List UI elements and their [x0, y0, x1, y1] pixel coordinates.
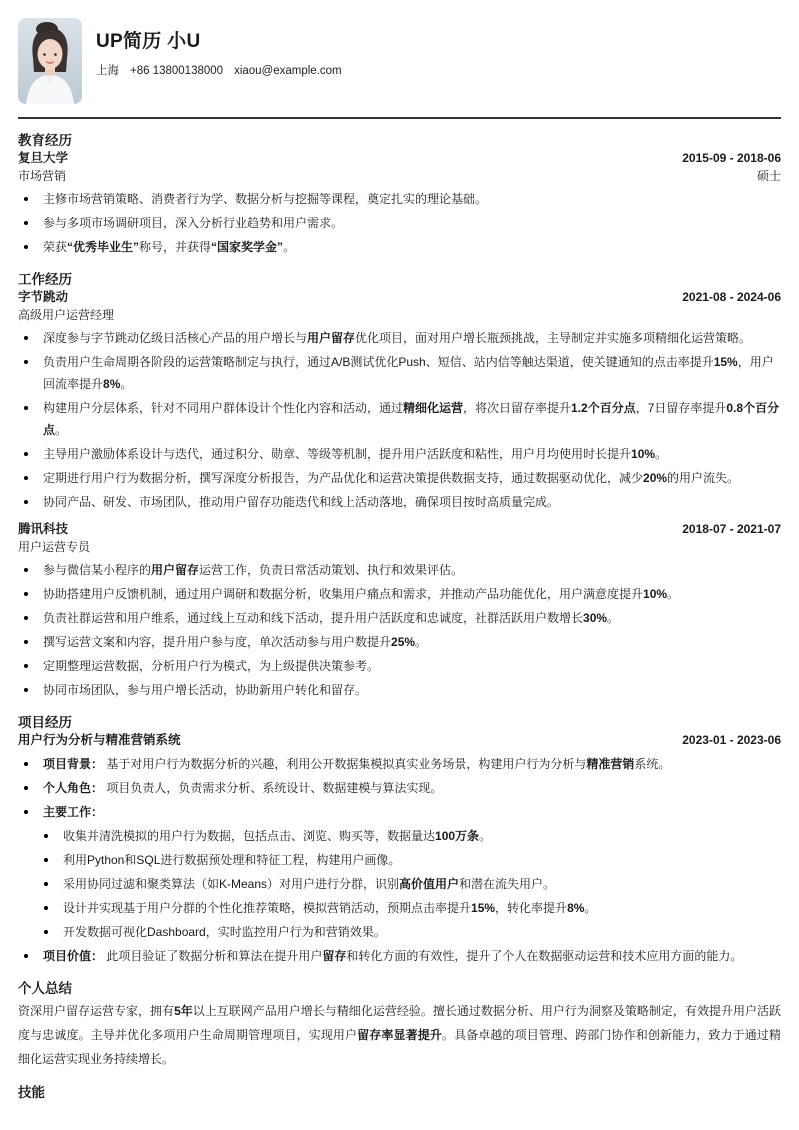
company-name: 字节跳动: [18, 289, 68, 306]
bullet-text: 项目背景： 基于对用户行为数据分析的兴趣，利用公开数据集模拟真实业务场景，构建用…: [43, 757, 670, 771]
contact-row: 上海 +86 13800138000 xiaou@example.com: [96, 64, 342, 78]
bullet-text: 主导用户激励体系设计与迭代，通过积分、勋章、等级等机制，提升用户活跃度和粘性，用…: [43, 447, 667, 461]
contact-phone: +86 13800138000: [130, 64, 223, 78]
project-date-range: 2023-01 - 2023-06: [682, 732, 781, 749]
entry-subheader-row: 用户运营专员: [18, 539, 781, 555]
bullet-item: 项目背景： 基于对用户行为数据分析的兴趣，利用公开数据集模拟真实业务场景，构建用…: [18, 753, 781, 775]
entry-subheader-row: 市场营销 硕士: [18, 168, 781, 184]
education-date-range: 2015-09 - 2018-06: [682, 150, 781, 167]
bullet-text: 开发数据可视化Dashboard，实时监控用户行为和营销效果。: [63, 925, 386, 939]
degree-label: 硕士: [757, 168, 781, 184]
bullet-item: 主要工作：收集并清洗模拟的用户行为数据，包括点击、浏览、购买等，数据量达100万…: [18, 801, 781, 943]
bullet-item: 参与微信某小程序的用户留存运营工作，负责日常活动策划、执行和效果评估。: [18, 559, 781, 581]
bullet-text: 协助搭建用户反馈机制，通过用户调研和数据分析，收集用户痛点和需求，并推动产品功能…: [43, 587, 679, 601]
entry-subheader-row: 高级用户运营经理: [18, 307, 781, 323]
bullet-text: 定期进行用户行为数据分析，撰写深度分析报告，为产品优化和运营决策提供数据支持，通…: [43, 471, 739, 485]
work-bullet-list: 深度参与字节跳动亿级日活核心产品的用户增长与用户留存优化项目，面对用户增长瓶颈挑…: [18, 327, 781, 513]
bullet-text: 参与微信某小程序的用户留存运营工作，负责日常活动策划、执行和效果评估。: [43, 563, 463, 577]
sub-bullet-item: 利用Python和SQL进行数据预处理和特征工程，构建用户画像。: [43, 849, 781, 871]
job-title: 高级用户运营经理: [18, 307, 114, 323]
education-entry: 复旦大学 2015-09 - 2018-06 市场营销 硕士 主修市场营销策略、…: [18, 150, 781, 258]
bullet-text: 负责用户生命周期各阶段的运营策略制定与执行，通过A/B测试优化Push、短信、站…: [43, 355, 774, 391]
job-title: 用户运营专员: [18, 539, 90, 555]
bullet-item: 主修市场营销策略、消费者行为学、数据分析与挖掘等课程，奠定扎实的理论基础。: [18, 188, 781, 210]
summary-paragraph: 资深用户留存运营专家，拥有5年以上互联网产品用户增长与精细化运营经验。擅长通过数…: [18, 999, 781, 1071]
resume-header: UP简历 小U 上海 +86 13800138000 xiaou@example…: [18, 18, 781, 104]
bullet-text: 撰写运营文案和内容，提升用户参与度，单次活动参与用户数提升25%。: [43, 635, 427, 649]
section-title-skills: 技能: [18, 1085, 781, 1100]
sub-bullet-item: 收集并清洗模拟的用户行为数据，包括点击、浏览、购买等，数据量达100万条。: [43, 825, 781, 847]
bullet-text: 采用协同过滤和聚类算法（如K-Means）对用户进行分群，识别高价值用户和潜在流…: [63, 877, 555, 891]
bullet-text: 个人角色： 项目负责人，负责需求分析、系统设计、数据建模与算法实现。: [43, 781, 442, 795]
bullet-text: 收集并清洗模拟的用户行为数据，包括点击、浏览、购买等，数据量达100万条。: [63, 829, 491, 843]
bullet-text: 深度参与字节跳动亿级日活核心产品的用户增长与用户留存优化项目，面对用户增长瓶颈挑…: [43, 331, 751, 345]
project-bullet-list: 项目背景： 基于对用户行为数据分析的兴趣，利用公开数据集模拟真实业务场景，构建用…: [18, 753, 781, 967]
bullet-item: 构建用户分层体系，针对不同用户群体设计个性化内容和活动，通过精细化运营，将次日留…: [18, 397, 781, 441]
contact-location: 上海: [96, 64, 119, 78]
bullet-text: 负责社群运营和用户维系，通过线上互动和线下活动，提升用户活跃度和忠诚度，社群活跃…: [43, 611, 619, 625]
section-projects: 项目经历 用户行为分析与精准营销系统 2023-01 - 2023-06 项目背…: [18, 715, 781, 967]
section-skills: 技能: [18, 1085, 781, 1100]
contact-email: xiaou@example.com: [234, 64, 342, 78]
bullet-item: 参与多项市场调研项目，深入分析行业趋势和用户需求。: [18, 212, 781, 234]
project-name: 用户行为分析与精准营销系统: [18, 732, 181, 749]
entry-header-row: 腾讯科技 2018-07 - 2021-07: [18, 521, 781, 538]
header-text-block: UP简历 小U 上海 +86 13800138000 xiaou@example…: [96, 18, 342, 78]
bullet-item: 定期进行用户行为数据分析，撰写深度分析报告，为产品优化和运营决策提供数据支持，通…: [18, 467, 781, 489]
bullet-item: 定期整理运营数据，分析用户行为模式，为上级提供决策参考。: [18, 655, 781, 677]
bullet-item: 协同市场团队，参与用户增长活动，协助新用户转化和留存。: [18, 679, 781, 701]
entry-header-row: 用户行为分析与精准营销系统 2023-01 - 2023-06: [18, 732, 781, 749]
bullet-text: 利用Python和SQL进行数据预处理和特征工程，构建用户画像。: [63, 853, 400, 867]
bullet-item: 深度参与字节跳动亿级日活核心产品的用户增长与用户留存优化项目，面对用户增长瓶颈挑…: [18, 327, 781, 349]
sub-bullet-item: 设计并实现基于用户分群的个性化推荐策略，模拟营销活动，预期点击率提升15%，转化…: [43, 897, 781, 919]
profile-photo: [18, 18, 82, 104]
bullet-item: 协同产品、研发、市场团队，推动用户留存功能迭代和线上活动落地，确保项目按时高质量…: [18, 491, 781, 513]
header-divider: [18, 117, 781, 119]
resume-page: UP简历 小U 上海 +86 13800138000 xiaou@example…: [0, 0, 799, 1130]
project-entry: 用户行为分析与精准营销系统 2023-01 - 2023-06 项目背景： 基于…: [18, 732, 781, 967]
work-date-range: 2021-08 - 2024-06: [682, 289, 781, 306]
major-label: 市场营销: [18, 168, 66, 184]
company-name: 腾讯科技: [18, 521, 68, 538]
bullet-text: 设计并实现基于用户分群的个性化推荐策略，模拟营销活动，预期点击率提升15%，转化…: [63, 901, 596, 915]
bullet-item: 荣获“优秀毕业生”称号，并获得“国家奖学金”。: [18, 236, 781, 258]
profile-photo-illustration: [18, 18, 82, 104]
sub-bullet-list: 收集并清洗模拟的用户行为数据，包括点击、浏览、购买等，数据量达100万条。利用P…: [43, 825, 781, 943]
bullet-text: 协同市场团队，参与用户增长活动，协助新用户转化和留存。: [43, 683, 367, 697]
education-bullet-list: 主修市场营销策略、消费者行为学、数据分析与挖掘等课程，奠定扎实的理论基础。参与多…: [18, 188, 781, 258]
section-title-work: 工作经历: [18, 272, 781, 287]
sub-bullet-item: 开发数据可视化Dashboard，实时监控用户行为和营销效果。: [43, 921, 781, 943]
bullet-text: 项目价值： 此项目验证了数据分析和算法在提升用户留存和转化方面的有效性，提升了个…: [43, 949, 742, 963]
sub-bullet-item: 采用协同过滤和聚类算法（如K-Means）对用户进行分群，识别高价值用户和潜在流…: [43, 873, 781, 895]
bullet-item: 项目价值： 此项目验证了数据分析和算法在提升用户留存和转化方面的有效性，提升了个…: [18, 945, 781, 967]
bullet-text: 主修市场营销策略、消费者行为学、数据分析与挖掘等课程，奠定扎实的理论基础。: [43, 192, 487, 206]
work-entry-tencent: 腾讯科技 2018-07 - 2021-07 用户运营专员 参与微信某小程序的用…: [18, 521, 781, 701]
section-summary: 个人总结 资深用户留存运营专家，拥有5年以上互联网产品用户增长与精细化运营经验。…: [18, 981, 781, 1071]
section-title-projects: 项目经历: [18, 715, 781, 730]
bullet-text: 定期整理运营数据，分析用户行为模式，为上级提供决策参考。: [43, 659, 379, 673]
candidate-name: UP简历 小U: [96, 31, 342, 53]
entry-header-row: 字节跳动 2021-08 - 2024-06: [18, 289, 781, 306]
work-entry-bytedance: 字节跳动 2021-08 - 2024-06 高级用户运营经理 深度参与字节跳动…: [18, 289, 781, 513]
section-title-summary: 个人总结: [18, 981, 781, 996]
work-bullet-list: 参与微信某小程序的用户留存运营工作，负责日常活动策划、执行和效果评估。协助搭建用…: [18, 559, 781, 701]
bullet-item: 负责社群运营和用户维系，通过线上互动和线下活动，提升用户活跃度和忠诚度，社群活跃…: [18, 607, 781, 629]
entry-header-row: 复旦大学 2015-09 - 2018-06: [18, 150, 781, 167]
work-date-range: 2018-07 - 2021-07: [682, 521, 781, 538]
section-title-education: 教育经历: [18, 133, 781, 148]
section-work: 工作经历 字节跳动 2021-08 - 2024-06 高级用户运营经理 深度参…: [18, 272, 781, 701]
bullet-text: 构建用户分层体系，针对不同用户群体设计个性化内容和活动，通过精细化运营，将次日留…: [43, 401, 779, 437]
bullet-item: 撰写运营文案和内容，提升用户参与度，单次活动参与用户数提升25%。: [18, 631, 781, 653]
school-name: 复旦大学: [18, 150, 68, 167]
section-education: 教育经历 复旦大学 2015-09 - 2018-06 市场营销 硕士 主修市场…: [18, 133, 781, 258]
bullet-text: 参与多项市场调研项目，深入分析行业趋势和用户需求。: [43, 216, 343, 230]
bullet-text: 荣获“优秀毕业生”称号，并获得“国家奖学金”。: [43, 240, 295, 254]
bullet-item: 个人角色： 项目负责人，负责需求分析、系统设计、数据建模与算法实现。: [18, 777, 781, 799]
bullet-text: 主要工作：: [43, 805, 103, 819]
bullet-item: 主导用户激励体系设计与迭代，通过积分、勋章、等级等机制，提升用户活跃度和粘性，用…: [18, 443, 781, 465]
bullet-item: 协助搭建用户反馈机制，通过用户调研和数据分析，收集用户痛点和需求，并推动产品功能…: [18, 583, 781, 605]
bullet-text: 协同产品、研发、市场团队，推动用户留存功能迭代和线上活动落地，确保项目按时高质量…: [43, 495, 559, 509]
bullet-item: 负责用户生命周期各阶段的运营策略制定与执行，通过A/B测试优化Push、短信、站…: [18, 351, 781, 395]
